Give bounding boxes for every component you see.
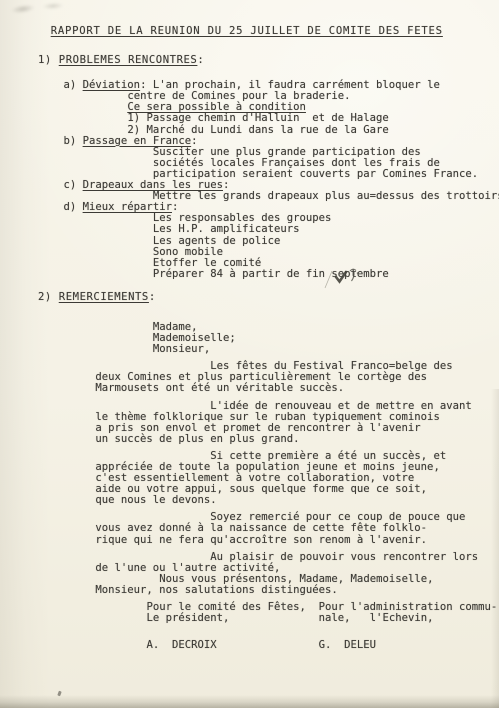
text-segment: : — [197, 54, 204, 66]
scan-smudge — [5, 1, 40, 18]
doc-line: Préparer 84 à partir de fin septembre — [38, 269, 499, 280]
typewritten-text: RAPPORT DE LA REUNION DU 25 JUILLET DE C… — [38, 26, 499, 651]
text-segment: : — [149, 291, 156, 303]
text-segment: d) — [64, 201, 83, 213]
doc-line: Mademoiselle; — [38, 333, 499, 344]
text-segment: rique qui ne fera qu'accroître son renom… — [95, 534, 427, 546]
handwritten-mark — [322, 264, 366, 290]
text-segment: A. DECROIX G. DELEU — [146, 639, 376, 651]
text-segment: b) — [64, 135, 83, 147]
text-segment: Marmousets ont été un véritable succès. — [95, 382, 344, 394]
doc-line: que nous le devons. — [38, 495, 499, 506]
scan-right-shadow — [491, 389, 499, 708]
text-segment: Le président, nale, l'Echevin, — [146, 612, 433, 624]
underlined-text: RAPPORT DE LA REUNION DU 25 JUILLET DE C… — [51, 25, 443, 37]
text-segment: c) — [64, 179, 83, 191]
text-segment: que nous le devons. — [95, 494, 216, 506]
signature-roles-line-2: Le président, nale, l'Echevin, — [38, 613, 499, 624]
underlined-text: REMERCIEMENTS — [59, 291, 149, 303]
signature-names: A. DECROIX G. DELEU — [38, 640, 499, 651]
text-segment: Mettre les grands drapeaux plus au=dessu… — [153, 190, 499, 202]
scan-bottom-shadow — [0, 695, 499, 708]
text-segment: Monsieur, — [153, 343, 210, 355]
scan-smudge — [38, 0, 69, 12]
line-gap — [38, 37, 499, 55]
line-gap — [38, 303, 499, 322]
text-segment: un succès de plus en plus grand. — [95, 433, 299, 445]
text-segment: Monsieur, nos salutations distinguées. — [95, 584, 337, 596]
doc-line: Sono mobile — [38, 247, 499, 258]
doc-line: Monsieur, — [38, 344, 499, 355]
section-heading: 2) REMERCIEMENTS: — [38, 292, 499, 303]
doc-line: un succès de plus en plus grand. — [38, 434, 499, 445]
doc-line: Les agents de police — [38, 236, 499, 247]
line-gap — [38, 624, 499, 640]
underlined-text: PROBLEMES RENCONTRES — [59, 54, 198, 66]
doc-line: Madame, — [38, 322, 499, 333]
section-heading: 1) PROBLEMES RENCONTRES: — [38, 55, 499, 66]
doc-line: Monsieur, nos salutations distinguées. — [38, 585, 499, 596]
text-segment: 1) — [38, 54, 59, 66]
text-segment: a) — [64, 79, 83, 91]
doc-line: rique qui ne fera qu'accroître son renom… — [38, 535, 499, 546]
scanned-document-page: RAPPORT DE LA REUNION DU 25 JUILLET DE C… — [0, 0, 499, 708]
document-title: RAPPORT DE LA REUNION DU 25 JUILLET DE C… — [38, 26, 499, 37]
text-segment: 2) — [38, 291, 59, 303]
doc-line: Marmousets ont été un véritable succès. — [38, 383, 499, 394]
